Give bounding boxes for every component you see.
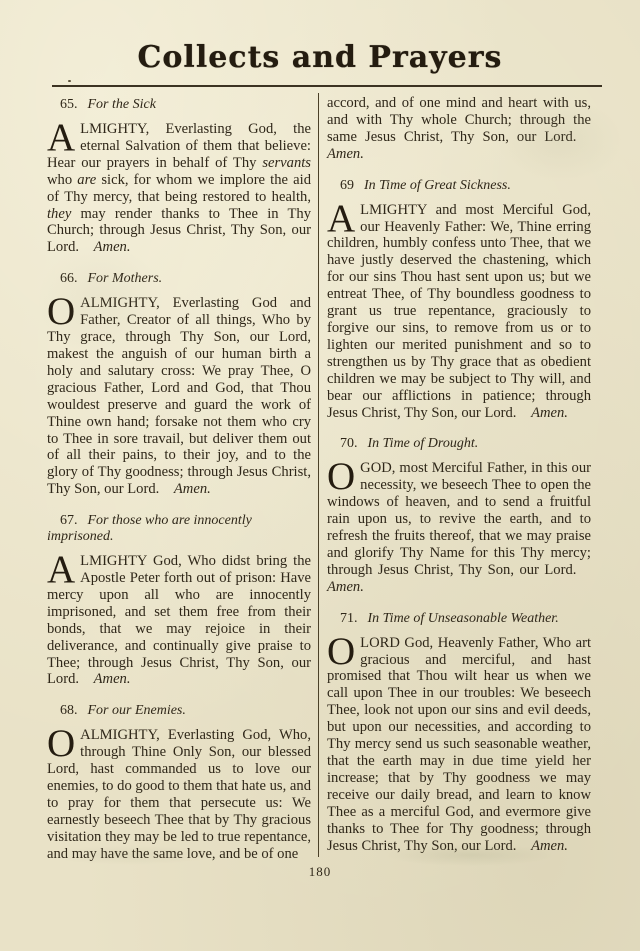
section-number: 68. [60, 703, 78, 718]
prayer-text: ALMIGHTY, Everlasting God and Father, Cr… [47, 295, 311, 497]
prayer-text: LMIGHTY and most Merciful God, our Heave… [327, 202, 591, 421]
drop-cap: O [327, 635, 360, 667]
title-rule [52, 85, 602, 87]
section-heading-69: 69In Time of Great Sickness. [327, 178, 591, 194]
prayer-paragraph-65: ALMIGHTY, Everlasting God, the eternal S… [47, 121, 311, 256]
section-title: In Time of Drought. [368, 436, 479, 451]
prayer-text: GOD, most Merciful Father, in this our n… [327, 460, 591, 594]
section-number: 70. [340, 436, 358, 451]
prayer-continuation-68: accord, and of one mind and heart with u… [327, 95, 591, 163]
prayer-text: ALMIGHTY, Everlasting God, Who, through … [47, 727, 311, 861]
drop-cap: A [327, 202, 360, 234]
prayer-paragraph-68: OALMIGHTY, Everlasting God, Who, through… [47, 727, 311, 862]
page-number: 180 [0, 864, 640, 880]
section-number: 69 [340, 178, 354, 193]
right-column: accord, and of one mind and heart with u… [327, 94, 591, 856]
section-heading-68: 68.For our Enemies. [47, 703, 311, 719]
section-number: 66. [60, 271, 78, 286]
section-heading-67: 67.For those who are innocently imprison… [47, 513, 311, 545]
prayer-paragraph-69: ALMIGHTY and most Merciful God, our Heav… [327, 202, 591, 422]
drop-cap: A [47, 121, 80, 153]
prayer-text: LMIGHTY God, Who didst bring the Apostle… [47, 553, 311, 687]
left-column: 65.For the Sick ALMIGHTY, Everlasting Go… [47, 94, 311, 865]
section-heading-65: 65.For the Sick [47, 97, 311, 113]
column-divider [318, 93, 319, 857]
section-title: In Time of Great Sickness. [364, 178, 511, 193]
prayer-paragraph-71: OLORD God, Heavenly Father, Who art grac… [327, 635, 591, 855]
section-title: For our Enemies. [88, 703, 186, 718]
section-number: 65. [60, 97, 78, 112]
book-page: Collects and Prayers 65.For the Sick ALM… [0, 0, 640, 951]
prayer-paragraph-70: OGOD, most Merciful Father, in this our … [327, 460, 591, 595]
page-title: Collects and Prayers [0, 40, 640, 75]
prayer-paragraph-66: OALMIGHTY, Everlasting God and Father, C… [47, 295, 311, 498]
section-number: 67. [60, 513, 78, 528]
prayer-text: LORD God, Heavenly Father, Who art graci… [327, 635, 591, 854]
prayer-paragraph-67: ALMIGHTY God, Who didst bring the Apostl… [47, 553, 311, 688]
section-heading-71: 71.In Time of Unseasonable Weather. [327, 611, 591, 627]
prayer-text: LMIGHTY, Everlasting God, the eternal Sa… [47, 121, 311, 255]
section-title: For Mothers. [88, 271, 163, 286]
drop-cap: O [47, 295, 80, 327]
drop-cap: O [47, 727, 80, 759]
drop-cap: A [47, 553, 80, 585]
section-heading-70: 70.In Time of Drought. [327, 436, 591, 452]
section-heading-66: 66.For Mothers. [47, 271, 311, 287]
section-title: In Time of Unseasonable Weather. [368, 611, 559, 626]
ink-speck [68, 80, 71, 82]
section-title: For the Sick [88, 97, 156, 112]
prayer-text: accord, and of one mind and heart with u… [327, 95, 591, 162]
drop-cap: O [327, 460, 360, 492]
section-number: 71. [340, 611, 358, 626]
